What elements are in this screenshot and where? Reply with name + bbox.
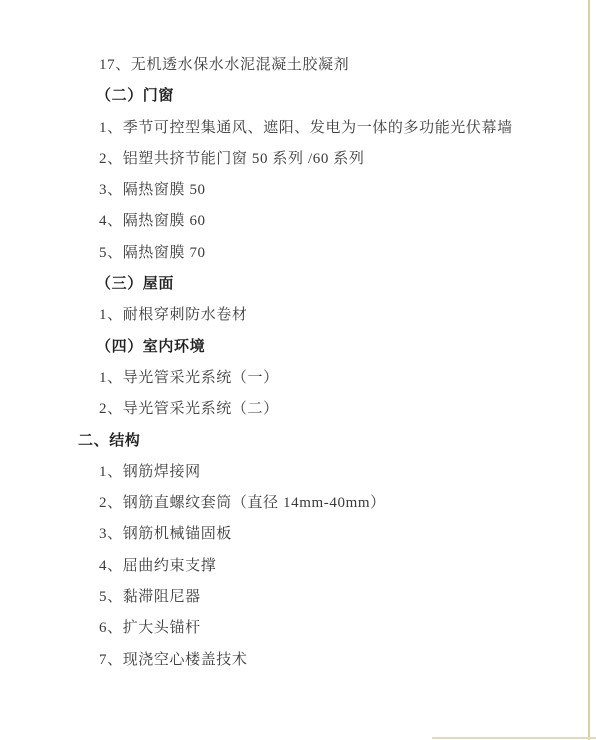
document-body: 17、无机透水保水水泥混凝土胶凝剂 （二）门窗 1、季节可控型集通风、遮阳、发电… [0, 50, 596, 676]
document-line: 1、季节可控型集通风、遮阳、发电为一体的多功能光伏幕墙 [0, 113, 596, 144]
scanned-document-page: 17、无机透水保水水泥混凝土胶凝剂 （二）门窗 1、季节可控型集通风、遮阳、发电… [0, 0, 596, 740]
document-line: 5、黏滞阻尼器 [0, 582, 596, 613]
document-line: 6、扩大头锚杆 [0, 613, 596, 644]
document-line: 2、铝塑共挤节能门窗 50 系列 /60 系列 [0, 144, 596, 175]
document-line: 1、导光管采光系统（一） [0, 363, 596, 394]
document-line: 3、钢筋机械锚固板 [0, 519, 596, 550]
document-line: 2、钢筋直螺纹套筒（直径 14mm-40mm） [0, 488, 596, 519]
scan-page-edge-right [588, 0, 590, 740]
document-line: 2、导光管采光系统（二） [0, 394, 596, 425]
document-line: 3、隔热窗膜 50 [0, 175, 596, 206]
section-heading: （二）门窗 [0, 81, 596, 112]
document-line: 7、现浇空心楼盖技术 [0, 645, 596, 676]
scan-page-edge-bottom [432, 737, 596, 739]
document-line: 4、隔热窗膜 60 [0, 206, 596, 237]
document-line: 1、钢筋焊接网 [0, 457, 596, 488]
document-line: 5、隔热窗膜 70 [0, 238, 596, 269]
section-heading: （三）屋面 [0, 269, 596, 300]
document-line: 1、耐根穿刺防水卷材 [0, 300, 596, 331]
section-heading: （四）室内环境 [0, 332, 596, 363]
document-line: 4、屈曲约束支撑 [0, 551, 596, 582]
document-line: 17、无机透水保水水泥混凝土胶凝剂 [0, 50, 596, 81]
chapter-heading: 二、结构 [0, 426, 596, 457]
